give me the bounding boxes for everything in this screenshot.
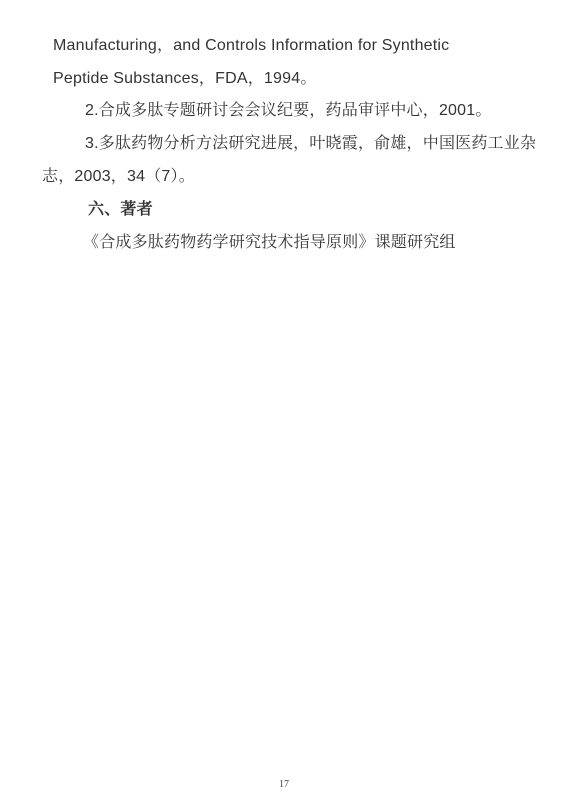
- reference-line-english-1: Manufacturing，and Controls Information f…: [53, 37, 449, 54]
- document-page: Manufacturing，and Controls Information f…: [0, 0, 568, 810]
- page-number: 17: [0, 779, 568, 790]
- reference-line-english-2: Peptide Substances，FDA，1994。: [53, 70, 317, 87]
- reference-item-3-continuation: 志，2003，34（7）。: [42, 168, 195, 185]
- reference-item-3: 3.多肽药物分析方法研究进展，叶晓霞，俞雄，中国医药工业杂: [85, 135, 536, 152]
- authors-line: 《合成多肽药物药学研究技术指导原则》课题研究组: [83, 234, 456, 251]
- reference-item-2: 2.合成多肽专题研讨会会议纪要，药品审评中心，2001。: [85, 102, 492, 119]
- section-heading-authors: 六、著者: [88, 201, 153, 218]
